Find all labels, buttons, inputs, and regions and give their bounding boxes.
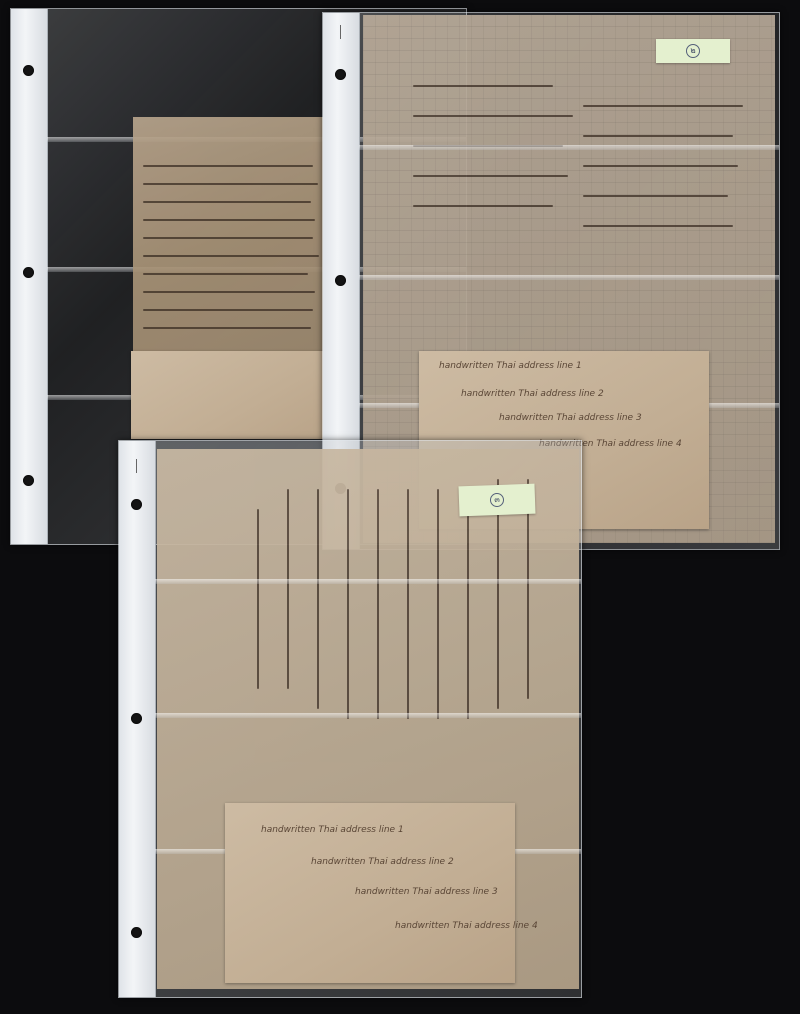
handwriting-line: [583, 195, 728, 197]
pencil-mark: [340, 25, 341, 39]
binder-hole: [131, 499, 142, 510]
handwriting-line: [143, 219, 315, 221]
sleeve-pocket-seam: [359, 145, 779, 150]
binder-hole: [23, 267, 34, 278]
handwriting-line: [377, 489, 379, 719]
sleeve-pocket-seam: [155, 713, 581, 718]
binder-strip: [119, 441, 156, 997]
letter-page: [133, 117, 333, 357]
binder-strip: [11, 9, 48, 544]
pencil-mark: [136, 459, 137, 473]
envelope: [131, 351, 331, 439]
handwriting-line: [143, 165, 313, 167]
envelope-address-line: handwritten Thai address line 3: [499, 413, 642, 423]
sticky-label: ๒: [656, 39, 730, 63]
binder-hole: [23, 475, 34, 486]
handwriting-line: [413, 175, 568, 177]
envelope-address-line: handwritten Thai address line 4: [395, 921, 538, 931]
handwriting-line: [143, 291, 315, 293]
envelope-address-line: handwritten Thai address line 2: [461, 389, 604, 399]
handwriting-line: [413, 115, 573, 117]
label-number: ๓: [490, 493, 504, 507]
binder-hole: [335, 275, 346, 286]
sticky-label: ๓: [458, 484, 535, 517]
handwriting-line: [413, 85, 553, 87]
handwriting-line: [287, 489, 289, 689]
binder-hole: [131, 927, 142, 938]
handwriting-line: [143, 273, 308, 275]
handwriting-line: [583, 105, 743, 107]
handwriting-line: [317, 489, 319, 709]
handwriting-line: [437, 489, 439, 719]
envelope-address-line: handwritten Thai address line 3: [355, 887, 498, 897]
handwriting-line: [143, 183, 318, 185]
handwriting-line: [347, 489, 349, 719]
sleeve-pocket-seam: [155, 579, 581, 584]
handwriting-line: [583, 135, 733, 137]
handwriting-line: [407, 489, 409, 719]
handwriting-line: [413, 205, 553, 207]
handwriting-line: [583, 225, 733, 227]
label-number: ๒: [686, 44, 700, 58]
handwriting-line: [583, 165, 738, 167]
envelope-address-line: handwritten Thai address line 2: [311, 857, 454, 867]
handwriting-line: [143, 237, 313, 239]
handwriting-line: [143, 309, 313, 311]
envelope-address-line: handwritten Thai address line 1: [261, 825, 404, 835]
sleeve-front: ๓ handwritten Thai address line 1 handwr…: [118, 440, 582, 998]
handwriting-line: [257, 509, 259, 689]
binder-hole: [335, 69, 346, 80]
binder-hole: [23, 65, 34, 76]
handwriting-line: [467, 489, 469, 719]
envelope: handwritten Thai address line 1 handwrit…: [225, 803, 515, 983]
envelope-address-line: handwritten Thai address line 1: [439, 361, 582, 371]
sleeve-pocket-seam: [359, 275, 779, 280]
handwriting-line: [143, 255, 319, 257]
handwriting-line: [143, 201, 311, 203]
handwriting-line: [143, 327, 311, 329]
binder-hole: [131, 713, 142, 724]
